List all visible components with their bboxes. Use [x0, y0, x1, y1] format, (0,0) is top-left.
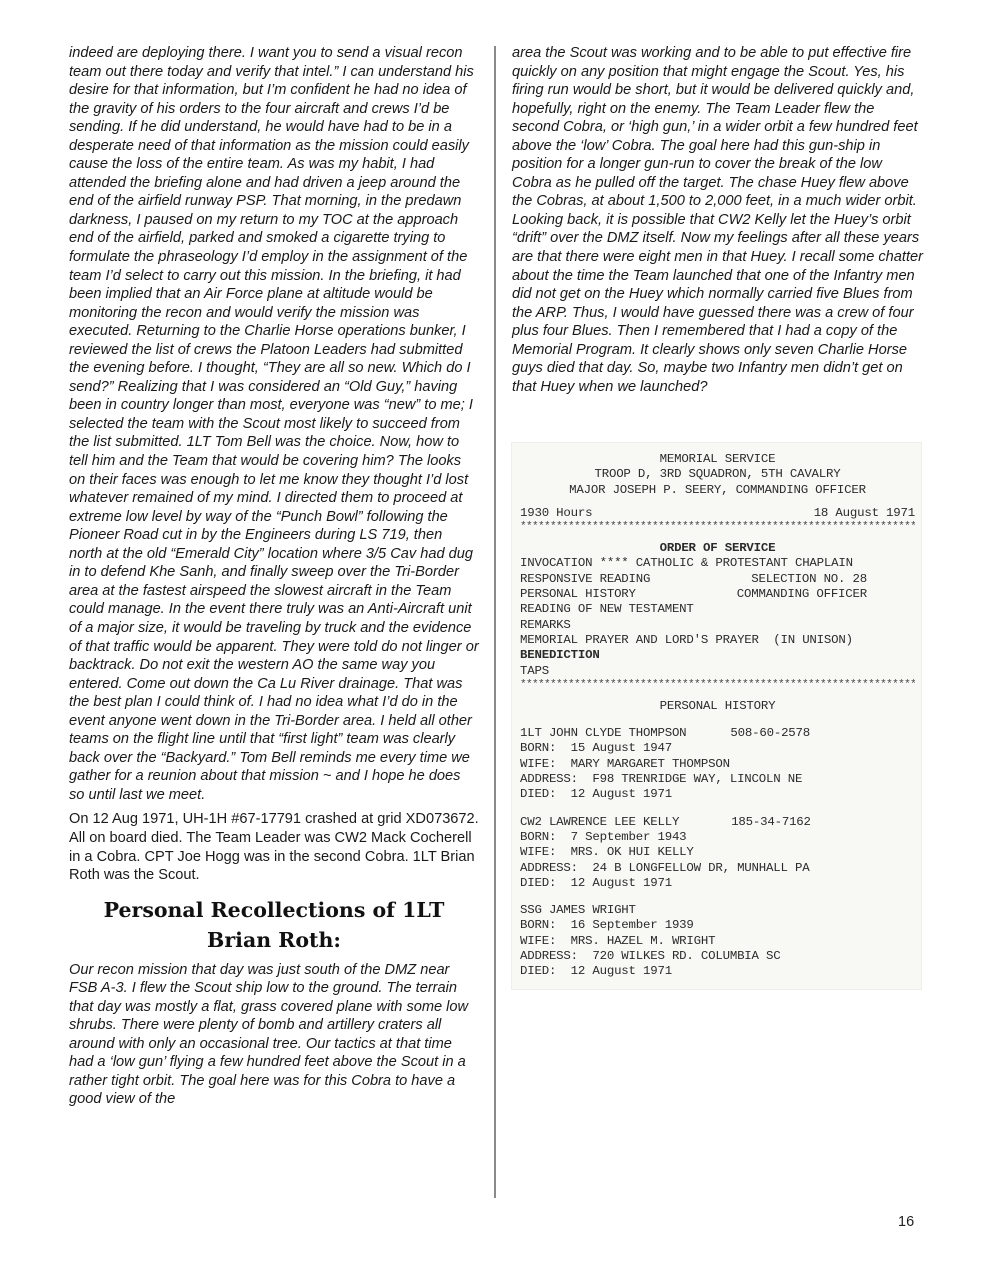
order-item-label: INVOCATION **** CATHOLIC & PROTESTANT CH… [520, 556, 853, 571]
person-born: BORN: 15 August 1947 [520, 741, 915, 756]
crash-summary-paragraph: On 12 Aug 1971, UH-1H #67-17791 crashed … [69, 810, 479, 884]
memo-unit: TROOP D, 3RD SQUADRON, 5TH CAVALRY [520, 467, 915, 482]
order-item-label: PERSONAL HISTORY [520, 587, 636, 602]
section-heading: Personal Recollections of 1LT Brian Roth… [69, 895, 479, 955]
person-name: CW2 LAWRENCE LEE KELLY [520, 815, 679, 829]
memo-order-item: RESPONSIVE READINGSELECTION NO. 28 [520, 572, 915, 587]
memo-order-item: TAPS [520, 664, 915, 679]
left-column: indeed are deploying there. I want you t… [69, 44, 479, 1109]
person-born: BORN: 16 September 1939 [520, 918, 915, 933]
page-number: 16 [898, 1214, 914, 1230]
order-item-label: MEMORIAL PRAYER AND LORD'S PRAYER (IN UN… [520, 633, 853, 648]
memo-order-item: READING OF NEW TESTAMENT [520, 602, 915, 617]
person-wife: WIFE: MRS. OK HUI KELLY [520, 845, 915, 860]
person-name: 1LT JOHN CLYDE THOMPSON [520, 726, 686, 740]
memo-star-divider: ****************************************… [520, 679, 915, 691]
right-column: area the Scout was working and to be abl… [512, 44, 924, 396]
person-died: DIED: 12 August 1971 [520, 964, 915, 979]
memo-history-heading: PERSONAL HISTORY [520, 699, 915, 714]
person-born: BORN: 7 September 1943 [520, 830, 915, 845]
memo-order-heading: ORDER OF SERVICE [520, 541, 915, 556]
memorial-program-image: MEMORIAL SERVICE TROOP D, 3RD SQUADRON, … [511, 442, 922, 990]
person-record: CW2 LAWRENCE LEE KELLY185-34-7162 BORN: … [520, 815, 915, 891]
memo-star-divider: ****************************************… [520, 521, 915, 533]
person-wife: WIFE: MRS. HAZEL M. WRIGHT [520, 934, 915, 949]
person-died: DIED: 12 August 1971 [520, 876, 915, 891]
person-wife: WIFE: MARY MARGARET THOMPSON [520, 757, 915, 772]
person-record: 1LT JOHN CLYDE THOMPSON508-60-2578 BORN:… [520, 726, 915, 802]
person-record: SSG JAMES WRIGHT BORN: 16 September 1939… [520, 903, 915, 979]
person-service-number: 508-60-2578 [730, 726, 810, 740]
memo-order-item: BENEDICTION [520, 648, 915, 663]
narrative-paragraph: indeed are deploying there. I want you t… [69, 44, 479, 804]
memo-date: 18 August 1971 [814, 506, 915, 521]
order-item-detail: COMMANDING OFFICER [737, 587, 867, 602]
memo-commander: MAJOR JOSEPH P. SEERY, COMMANDING OFFICE… [520, 483, 915, 498]
recollection-paragraph: Our recon mission that day was just sout… [69, 961, 479, 1109]
recollection-continued-paragraph: area the Scout was working and to be abl… [512, 44, 924, 396]
order-item-label: BENEDICTION [520, 648, 600, 663]
order-item-label: READING OF NEW TESTAMENT [520, 602, 694, 617]
memo-time: 1930 Hours [520, 506, 592, 521]
order-item-label: RESPONSIVE READING [520, 572, 650, 587]
order-item-label: TAPS [520, 664, 549, 679]
person-died: DIED: 12 August 1971 [520, 787, 915, 802]
person-address: ADDRESS: 24 B LONGFELLOW DR, MUNHALL PA [520, 861, 915, 876]
order-item-label: REMARKS [520, 618, 571, 633]
column-divider [494, 46, 496, 1198]
memo-order-item: INVOCATION **** CATHOLIC & PROTESTANT CH… [520, 556, 915, 571]
person-address: ADDRESS: 720 WILKES RD. COLUMBIA SC [520, 949, 915, 964]
person-service-number: 185-34-7162 [731, 815, 811, 829]
memo-order-item: MEMORIAL PRAYER AND LORD'S PRAYER (IN UN… [520, 633, 915, 648]
memo-order-item: PERSONAL HISTORYCOMMANDING OFFICER [520, 587, 915, 602]
memo-time-date-row: 1930 Hours 18 August 1971 [520, 506, 915, 521]
memo-title: MEMORIAL SERVICE [520, 452, 915, 467]
memo-order-item: REMARKS [520, 618, 915, 633]
person-address: ADDRESS: F98 TRENRIDGE WAY, LINCOLN NE [520, 772, 915, 787]
order-item-detail: SELECTION NO. 28 [751, 572, 867, 587]
person-name: SSG JAMES WRIGHT [520, 903, 636, 917]
